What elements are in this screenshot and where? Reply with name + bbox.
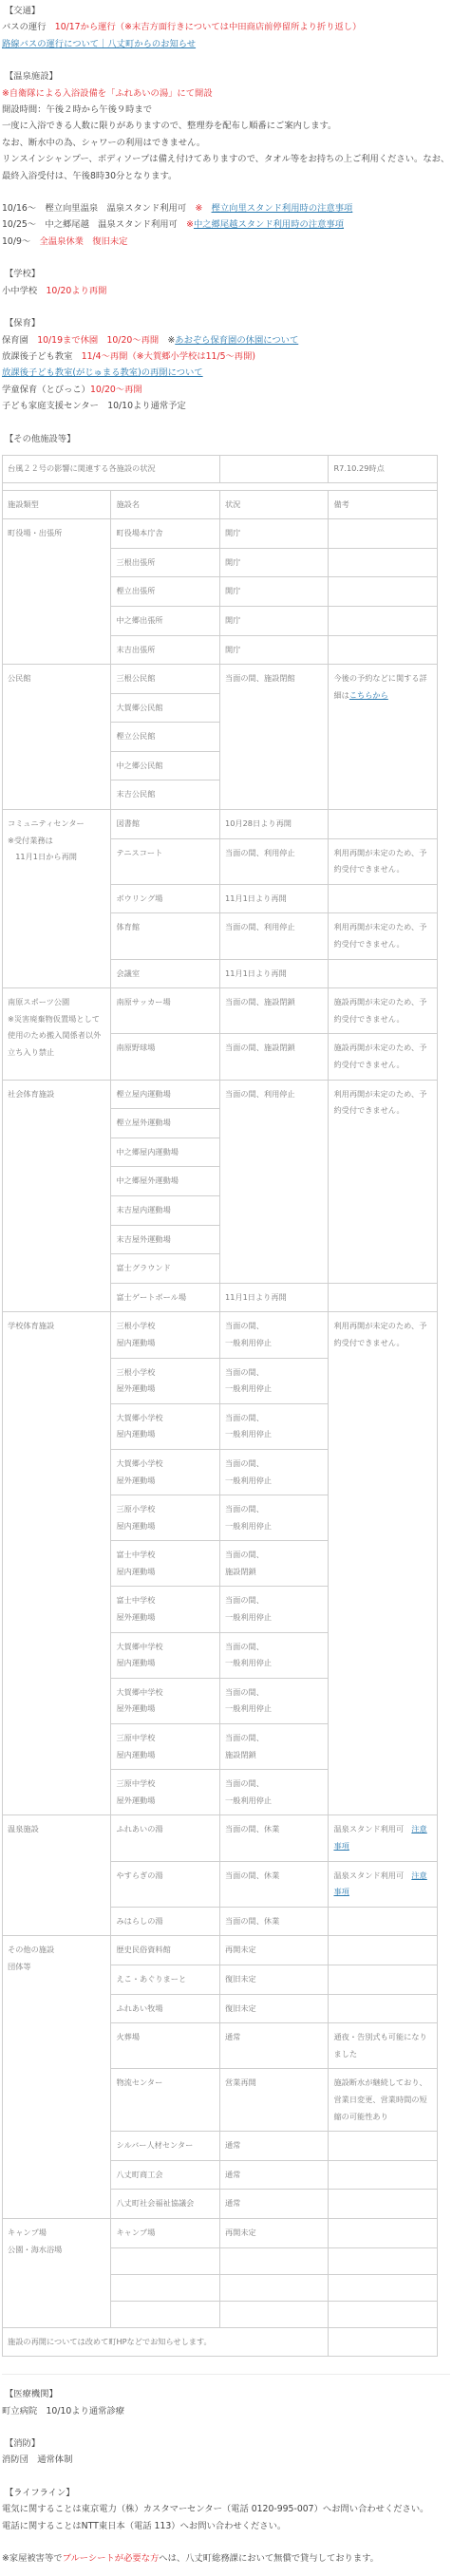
facility-name: みはらしの湯 <box>111 1907 220 1936</box>
facility-status: 開庁 <box>219 548 328 577</box>
afterschool-reopen-link[interactable]: 放課後子ども教室(がじゅまる教室)の再開について <box>2 367 203 378</box>
traffic-heading: 【交通】 <box>2 3 450 19</box>
facility-note <box>329 635 438 665</box>
table-row: 温泉施設 ふれあいの湯 当面の間、休業 温泉スタンド利用可 注意事項 <box>3 1815 438 1861</box>
facility-status: 当面の間、施設閉鎖 <box>219 1724 328 1770</box>
facility-note: 利用再開が未定のため、予約受付できません。 <box>329 913 438 959</box>
facility-name: 中之郷出張所 <box>111 606 220 635</box>
onsen-item-kashitate: 10/16〜 樫立向里温泉 温泉スタンド利用可 ※ 樫立向里スタンド利用時の注意… <box>2 200 450 216</box>
kashitate-notes-link[interactable]: 樫立向里スタンド利用時の注意事項 <box>212 203 353 214</box>
facility-note <box>329 1283 438 1312</box>
facility-name: 大賀郷小学校屋外運動場 <box>111 1449 220 1495</box>
facility-name: 体育館 <box>111 913 220 959</box>
facility-note: 施設再開が未定のため、予約受付できません。 <box>329 988 438 1034</box>
table-footer-empty <box>329 2327 438 2357</box>
facility-name: 大賀郷公民館 <box>111 693 220 723</box>
gakudo-status: 10/20〜再開 <box>90 385 142 395</box>
facility-name: 会議室 <box>111 959 220 988</box>
facility-name: 八丈町社会福祉協議会 <box>111 2190 220 2219</box>
facility-name: 歴史民俗資料館 <box>111 1936 220 1965</box>
facility-status: 通常 <box>219 2190 328 2219</box>
facility-note: 利用再開が未定のため、予約受付できません。 <box>329 1080 438 1283</box>
facility-note <box>329 548 438 577</box>
facility-note: 温泉スタンド利用可 注意事項 <box>329 1815 438 1861</box>
school-status: 10/20より再開 <box>47 286 107 296</box>
facility-name: 富士ゲートボール場 <box>111 1283 220 1312</box>
fire-section: 【消防】 消防団 通常体制 <box>2 2435 450 2469</box>
note-mark: ※ <box>186 219 194 230</box>
type-line: 11月1日から再開 <box>8 849 105 866</box>
lifeline-heading: 【ライフライン】 <box>2 2485 450 2501</box>
facility-note <box>329 1907 438 1936</box>
facility-note <box>329 577 438 607</box>
facility-status: 当面の間、利用停止 <box>219 838 328 884</box>
facility-name: 末吉出張所 <box>111 635 220 665</box>
fire-text: 消防団 通常体制 <box>2 2452 450 2468</box>
facility-name: 富士中学校屋内運動場 <box>111 1541 220 1587</box>
onsen-line-1: 一度に入浴できる人数に限りがありますので、整理券を配布し順番にご案内します。 <box>2 118 450 134</box>
facility-name: 樫立屋内運動場 <box>111 1080 220 1109</box>
facility-note: 利用再開が未定のため、予約受付できません。 <box>329 838 438 884</box>
table-title-empty <box>219 455 328 482</box>
facility-status: 復旧未定 <box>219 1994 328 2023</box>
nursery-closure-link[interactable]: あおぞら保育園の休園について <box>175 335 298 346</box>
facility-name: シルバー人材センター <box>111 2132 220 2161</box>
onsen-line-3: リンスインシャンプー、ボディソープは備え付けてありますので、タオル等をお持ちの上… <box>2 151 450 184</box>
onsen-item-all: 10/9〜 全温泉休業 復旧未定 <box>2 234 450 250</box>
facility-name: 南原サッカー場 <box>111 988 220 1034</box>
facility-status: 再開未定 <box>219 1936 328 1965</box>
facility-type: その他の施設 団体等 <box>3 1936 111 2219</box>
facility-status <box>219 2247 328 2274</box>
table-footer-row: 施設の再開については改めて町HPなどでお知らせします。 <box>3 2327 438 2357</box>
column-header-status: 状況 <box>219 490 328 519</box>
facility-note <box>329 1994 438 2023</box>
traffic-section: 【交通】 バスの運行 10/17から運行（※末吉方面行きについては中田商店前停留… <box>2 3 450 52</box>
facility-name: 末吉公民館 <box>111 780 220 810</box>
facility-note <box>329 810 438 839</box>
facility-status: 営業再開 <box>219 2069 328 2132</box>
date: 10/16〜 <box>2 203 45 214</box>
facility-name: 図書館 <box>111 810 220 839</box>
facility-status: 当面の間、施設閉館 <box>219 665 328 810</box>
facility-status: 復旧未定 <box>219 1965 328 1994</box>
facility-name: 三原中学校屋内運動場 <box>111 1724 220 1770</box>
facility-type: キャンプ場 公園・海水浴場 <box>3 2218 111 2327</box>
facility-note <box>329 2274 438 2301</box>
facility-name: 大賀郷中学校屋外運動場 <box>111 1678 220 1723</box>
lifeline-electric: 電気に関することは東京電力（株）カスタマーセンター（電話 0120-995-00… <box>2 2501 450 2517</box>
facility-status: 当面の間、一般利用停止 <box>219 1587 328 1632</box>
facility-name: 三根小学校屋内運動場 <box>111 1312 220 1358</box>
facility-status <box>219 2301 328 2327</box>
bus-label: バスの運行 <box>2 22 55 32</box>
facility-status: 当面の間、休業 <box>219 1815 328 1861</box>
facility-status: 通常 <box>219 2132 328 2161</box>
facility-note <box>329 2301 438 2327</box>
facility-note <box>329 606 438 635</box>
facility-status: 当面の間、施設閉鎖 <box>219 1541 328 1587</box>
facility-status: 11月1日より再開 <box>219 1283 328 1312</box>
facility-name: 中之郷公民館 <box>111 751 220 780</box>
note-text: 温泉スタンド利用可 <box>333 1824 411 1833</box>
childcare-section: 【保育】 保育園 10/19まで休園 10/20〜再開 ※あおぞら保育園の休園に… <box>2 315 450 414</box>
facility-name: 町役場本庁舎 <box>111 519 220 549</box>
facility-type: 温泉施設 <box>3 1815 111 1936</box>
status-text: 中之郷尾越 温泉スタンド利用可 <box>45 219 186 230</box>
nursery-status: 10/19まで休園 10/20〜再開 <box>37 335 167 346</box>
table-footer-note: 施設の再開については改めて町HPなどでお知らせします。 <box>3 2327 329 2357</box>
facility-type: 学校体育施設 <box>3 1312 111 1815</box>
status-text: 全温泉休業 復旧未定 <box>39 236 127 247</box>
childcare-heading: 【保育】 <box>2 315 450 331</box>
school-label: 小中学校 <box>2 286 47 296</box>
facility-name: えこ・あぐりまーと <box>111 1965 220 1994</box>
nursery-label: 保育園 <box>2 335 37 346</box>
facility-note: 施設断水が継続しており、営業日変更、営業時間の短縮の可能性あり <box>329 2069 438 2132</box>
onsen-heading: 【温泉施設】 <box>2 68 450 85</box>
facilities-table: 台風２２号の影響に関連する各施設の状況 R7.10.29時点 施設類型 施設名 … <box>2 455 438 2357</box>
page-content: 【交通】 バスの運行 10/17から運行（※末吉方面行きについては中田商店前停留… <box>0 0 452 2576</box>
type-line: 南原スポーツ公園 <box>8 994 105 1011</box>
column-header-name: 施設名 <box>111 490 220 519</box>
facility-note <box>329 1965 438 1994</box>
onsen-item-nakanogo: 10/25〜 中之郷尾越 温泉スタンド利用可 ※中之郷尾越スタンド利用時の注意事… <box>2 216 450 233</box>
facility-status: 当面の間、一般利用停止 <box>219 1449 328 1495</box>
gakudo-label: 学童保育（とびっこ） <box>2 385 90 395</box>
facility-name: 富士グラウンド <box>111 1254 220 1284</box>
facility-status: 当面の間、利用停止 <box>219 1080 328 1283</box>
facility-name <box>111 2247 220 2274</box>
facility-note: 利用再開が未定のため、予約受付できません。 <box>329 1312 438 1815</box>
lifeline-section: 【ライフライン】 電気に関することは東京電力（株）カスタマーセンター（電話 01… <box>2 2485 450 2534</box>
facility-note: 施設再開が未定のため、予約受付できません。 <box>329 1034 438 1080</box>
note-mark: ※ <box>195 203 211 214</box>
bus-status-line: バスの運行 10/17から運行（※末吉方面行きについては中田商店前停留所より折り… <box>2 19 450 35</box>
facility-name: やすらぎの湯 <box>111 1861 220 1907</box>
facility-name: 三根出張所 <box>111 548 220 577</box>
facility-name: 大賀郷中学校屋内運動場 <box>111 1632 220 1678</box>
facility-status: 開庁 <box>219 577 328 607</box>
onsen-hours: 開設時間：午後２時から午後９時まで <box>2 102 450 118</box>
facility-name: 八丈町商工会 <box>111 2160 220 2190</box>
facility-status: 当面の間、一般利用停止 <box>219 1358 328 1403</box>
facility-name: 末吉屋外運動場 <box>111 1225 220 1254</box>
bluesheet-suffix: へは、八丈町総務課において無償で貸与しております。 <box>159 2553 379 2564</box>
bluesheet-prefix: ※家屋被害等で <box>2 2553 63 2564</box>
facility-status: 11月1日より再開 <box>219 884 328 913</box>
facility-name: 南原野球場 <box>111 1034 220 1080</box>
facility-status: 当面の間、休業 <box>219 1861 328 1907</box>
facility-status: 開庁 <box>219 635 328 665</box>
facilities-heading: 【その他施設等】 <box>2 431 450 447</box>
facility-name: 樫立公民館 <box>111 723 220 752</box>
type-line: 公園・海水浴場 <box>8 2242 105 2259</box>
facility-name: ボウリング場 <box>111 884 220 913</box>
facility-name: 大賀郷小学校屋内運動場 <box>111 1403 220 1449</box>
facility-name: 中之郷屋内運動場 <box>111 1138 220 1167</box>
column-header-type: 施設類型 <box>3 490 111 519</box>
facility-type: 公民館 <box>3 665 111 810</box>
section-divider <box>2 2374 450 2375</box>
facility-note <box>329 519 438 549</box>
type-line: ※受付業務は <box>8 833 105 850</box>
facility-status: 当面の間、一般利用停止 <box>219 1403 328 1449</box>
table-row: 南原スポーツ公園 ※災害廃棄物仮置場として使用のため搬入関係者以外立ち入り禁止 … <box>3 988 438 1034</box>
bus-status: 10/17から運行（※末吉方面行きについては中田商店前停留所より折り返し） <box>55 22 362 32</box>
facility-type: コミュニティセンター ※受付業務は 11月1日から再開 <box>3 810 111 988</box>
facility-type: 南原スポーツ公園 ※災害廃棄物仮置場として使用のため搬入関係者以外立ち入り禁止 <box>3 988 111 1080</box>
table-row: キャンプ場 公園・海水浴場 キャンプ場 再開未定 <box>3 2218 438 2247</box>
facility-note <box>329 1936 438 1965</box>
bluesheet-highlight: ブルーシートが必要な方 <box>63 2553 160 2564</box>
table-header-row: 施設類型 施設名 状況 備考 <box>3 490 438 519</box>
facility-name: 末吉屋内運動場 <box>111 1195 220 1225</box>
facility-name: 三根小学校屋外運動場 <box>111 1358 220 1403</box>
facility-note: 今後の予約などに関する詳細はこちらから <box>329 665 438 810</box>
table-title-row: 台風２２号の影響に関連する各施設の状況 R7.10.29時点 <box>3 455 438 482</box>
facility-name: 物流センター <box>111 2069 220 2132</box>
type-line: キャンプ場 <box>8 2225 105 2242</box>
type-line: ※災害廃棄物仮置場として使用のため搬入関係者以外立ち入り禁止 <box>8 1011 105 1062</box>
table-row: 学校体育施設 三根小学校屋内運動場 当面の間、一般利用停止 利用再開が未定のため… <box>3 1312 438 1358</box>
facility-note <box>329 2247 438 2274</box>
status-text: 樫立向里温泉 温泉スタンド利用可 <box>45 203 195 214</box>
facility-note <box>329 2132 438 2161</box>
nakanogo-notes-link[interactable]: 中之郷尾越スタンド利用時の注意事項 <box>194 219 344 230</box>
facility-status: 開庁 <box>219 519 328 549</box>
type-line: コミュニティセンター <box>8 816 105 833</box>
facility-status: 開庁 <box>219 606 328 635</box>
facility-name: 樫立屋外運動場 <box>111 1109 220 1138</box>
table-row: コミュニティセンター ※受付業務は 11月1日から再開 図書館 10月28日より… <box>3 810 438 839</box>
medical-section: 【医療機関】 町立病院 10/10より通常診療 <box>2 2386 450 2419</box>
facility-name <box>111 2274 220 2301</box>
table-row: 社会体育施設 樫立屋内運動場 当面の間、利用停止 利用再開が未定のため、予約受付… <box>3 1080 438 1109</box>
facility-status: 当面の間、一般利用停止 <box>219 1632 328 1678</box>
facility-note: 通夜・告別式も可能になりました <box>329 2023 438 2069</box>
afterschool-label: 放課後子ども教室 <box>2 351 82 362</box>
table-as-of: R7.10.29時点 <box>329 455 438 482</box>
facility-status: 当面の間、一般利用停止 <box>219 1678 328 1723</box>
facility-name: 中之郷屋外運動場 <box>111 1167 220 1196</box>
facility-status <box>219 2274 328 2301</box>
facility-status: 当面の間、施設閉鎖 <box>219 1034 328 1080</box>
facility-name: 樫立出張所 <box>111 577 220 607</box>
facility-status: 当面の間、休業 <box>219 1907 328 1936</box>
facility-type: 社会体育施設 <box>3 1080 111 1312</box>
onsen-section: 【温泉施設】 ※自衛隊による入浴設備を「ふれあいの湯」にて開設 開設時間：午後２… <box>2 68 450 250</box>
facility-status: 通常 <box>219 2023 328 2069</box>
facility-status: 当面の間、施設閉鎖 <box>219 988 328 1034</box>
table-title: 台風２２号の影響に関連する各施設の状況 <box>3 455 220 482</box>
facility-note <box>329 2218 438 2247</box>
facility-name: 三原小学校屋内運動場 <box>111 1495 220 1541</box>
afterschool-status: 11/4〜再開（※大賀郷小学校は11/5〜再開) <box>82 351 255 362</box>
onsen-line-2: なお、断水中の為、シャワーの利用はできません。 <box>2 135 450 151</box>
facility-name: ふれあい牧場 <box>111 1994 220 2023</box>
type-line: 団体等 <box>8 1959 105 1976</box>
note-text: 温泉スタンド利用可 <box>333 1871 411 1880</box>
medical-text: 町立病院 10/10より通常診療 <box>2 2403 450 2419</box>
facility-name: 三根公民館 <box>111 665 220 694</box>
facility-name: キャンプ場 <box>111 2218 220 2247</box>
facility-note <box>329 959 438 988</box>
table-row: 公民館 三根公民館 当面の間、施設閉館 今後の予約などに関する詳細はこちらから <box>3 665 438 694</box>
facility-name: 富士中学校屋外運動場 <box>111 1587 220 1632</box>
facilities-section: 【その他施設等】 台風２２号の影響に関連する各施設の状況 R7.10.29時点 … <box>2 431 450 2358</box>
facility-status: 10月28日より再開 <box>219 810 328 839</box>
bluesheet-notice: ※家屋被害等でブルーシートが必要な方へは、八丈町総務課において無償で貸与しており… <box>2 2550 450 2567</box>
facility-type: 町役場・出張所 <box>3 519 111 665</box>
table-row: 町役場・出張所 町役場本庁舎 開庁 <box>3 519 438 549</box>
type-line: その他の施設 <box>8 1942 105 1959</box>
table-row: その他の施設 団体等 歴史民俗資料館 再開未定 <box>3 1936 438 1965</box>
onsen-notice: ※自衛隊による入浴設備を「ふれあいの湯」にて開設 <box>2 85 450 102</box>
facility-status: 再開未定 <box>219 2218 328 2247</box>
facility-note <box>329 2160 438 2190</box>
facility-name: 三原中学校屋外運動場 <box>111 1770 220 1815</box>
medical-heading: 【医療機関】 <box>2 2386 450 2402</box>
fire-heading: 【消防】 <box>2 2435 450 2452</box>
support-center: 子ども家庭支援センター 10/10より通常予定 <box>2 398 450 414</box>
facility-name: 火葬場 <box>111 2023 220 2069</box>
school-section: 【学校】 小中学校 10/20より再開 <box>2 266 450 299</box>
hall-details-link[interactable]: こちらから <box>349 690 388 700</box>
facility-status: 当面の間、一般利用停止 <box>219 1770 328 1815</box>
facility-status: 当面の間、利用停止 <box>219 913 328 959</box>
column-header-note: 備考 <box>329 490 438 519</box>
facility-note <box>329 2190 438 2219</box>
school-heading: 【学校】 <box>2 266 450 282</box>
facility-name <box>111 2301 220 2327</box>
lifeline-phone: 電話に関することはNTT東日本（電話 113）へお問い合わせください。 <box>2 2518 450 2534</box>
facility-name: ふれあいの湯 <box>111 1815 220 1861</box>
facility-status: 11月1日より再開 <box>219 959 328 988</box>
date: 10/25〜 <box>2 219 45 230</box>
facility-status: 当面の間、一般利用停止 <box>219 1495 328 1541</box>
facility-status: 当面の間、一般利用停止 <box>219 1312 328 1358</box>
facility-name: テニスコート <box>111 838 220 884</box>
date: 10/9〜 <box>2 236 39 247</box>
facility-note: 温泉スタンド利用可 注意事項 <box>329 1861 438 1907</box>
table-spacer-row <box>3 482 438 490</box>
facility-note <box>329 884 438 913</box>
bus-info-link[interactable]: 路線バスの運行について｜八丈町からのお知らせ <box>2 39 196 49</box>
facility-status: 通常 <box>219 2160 328 2190</box>
